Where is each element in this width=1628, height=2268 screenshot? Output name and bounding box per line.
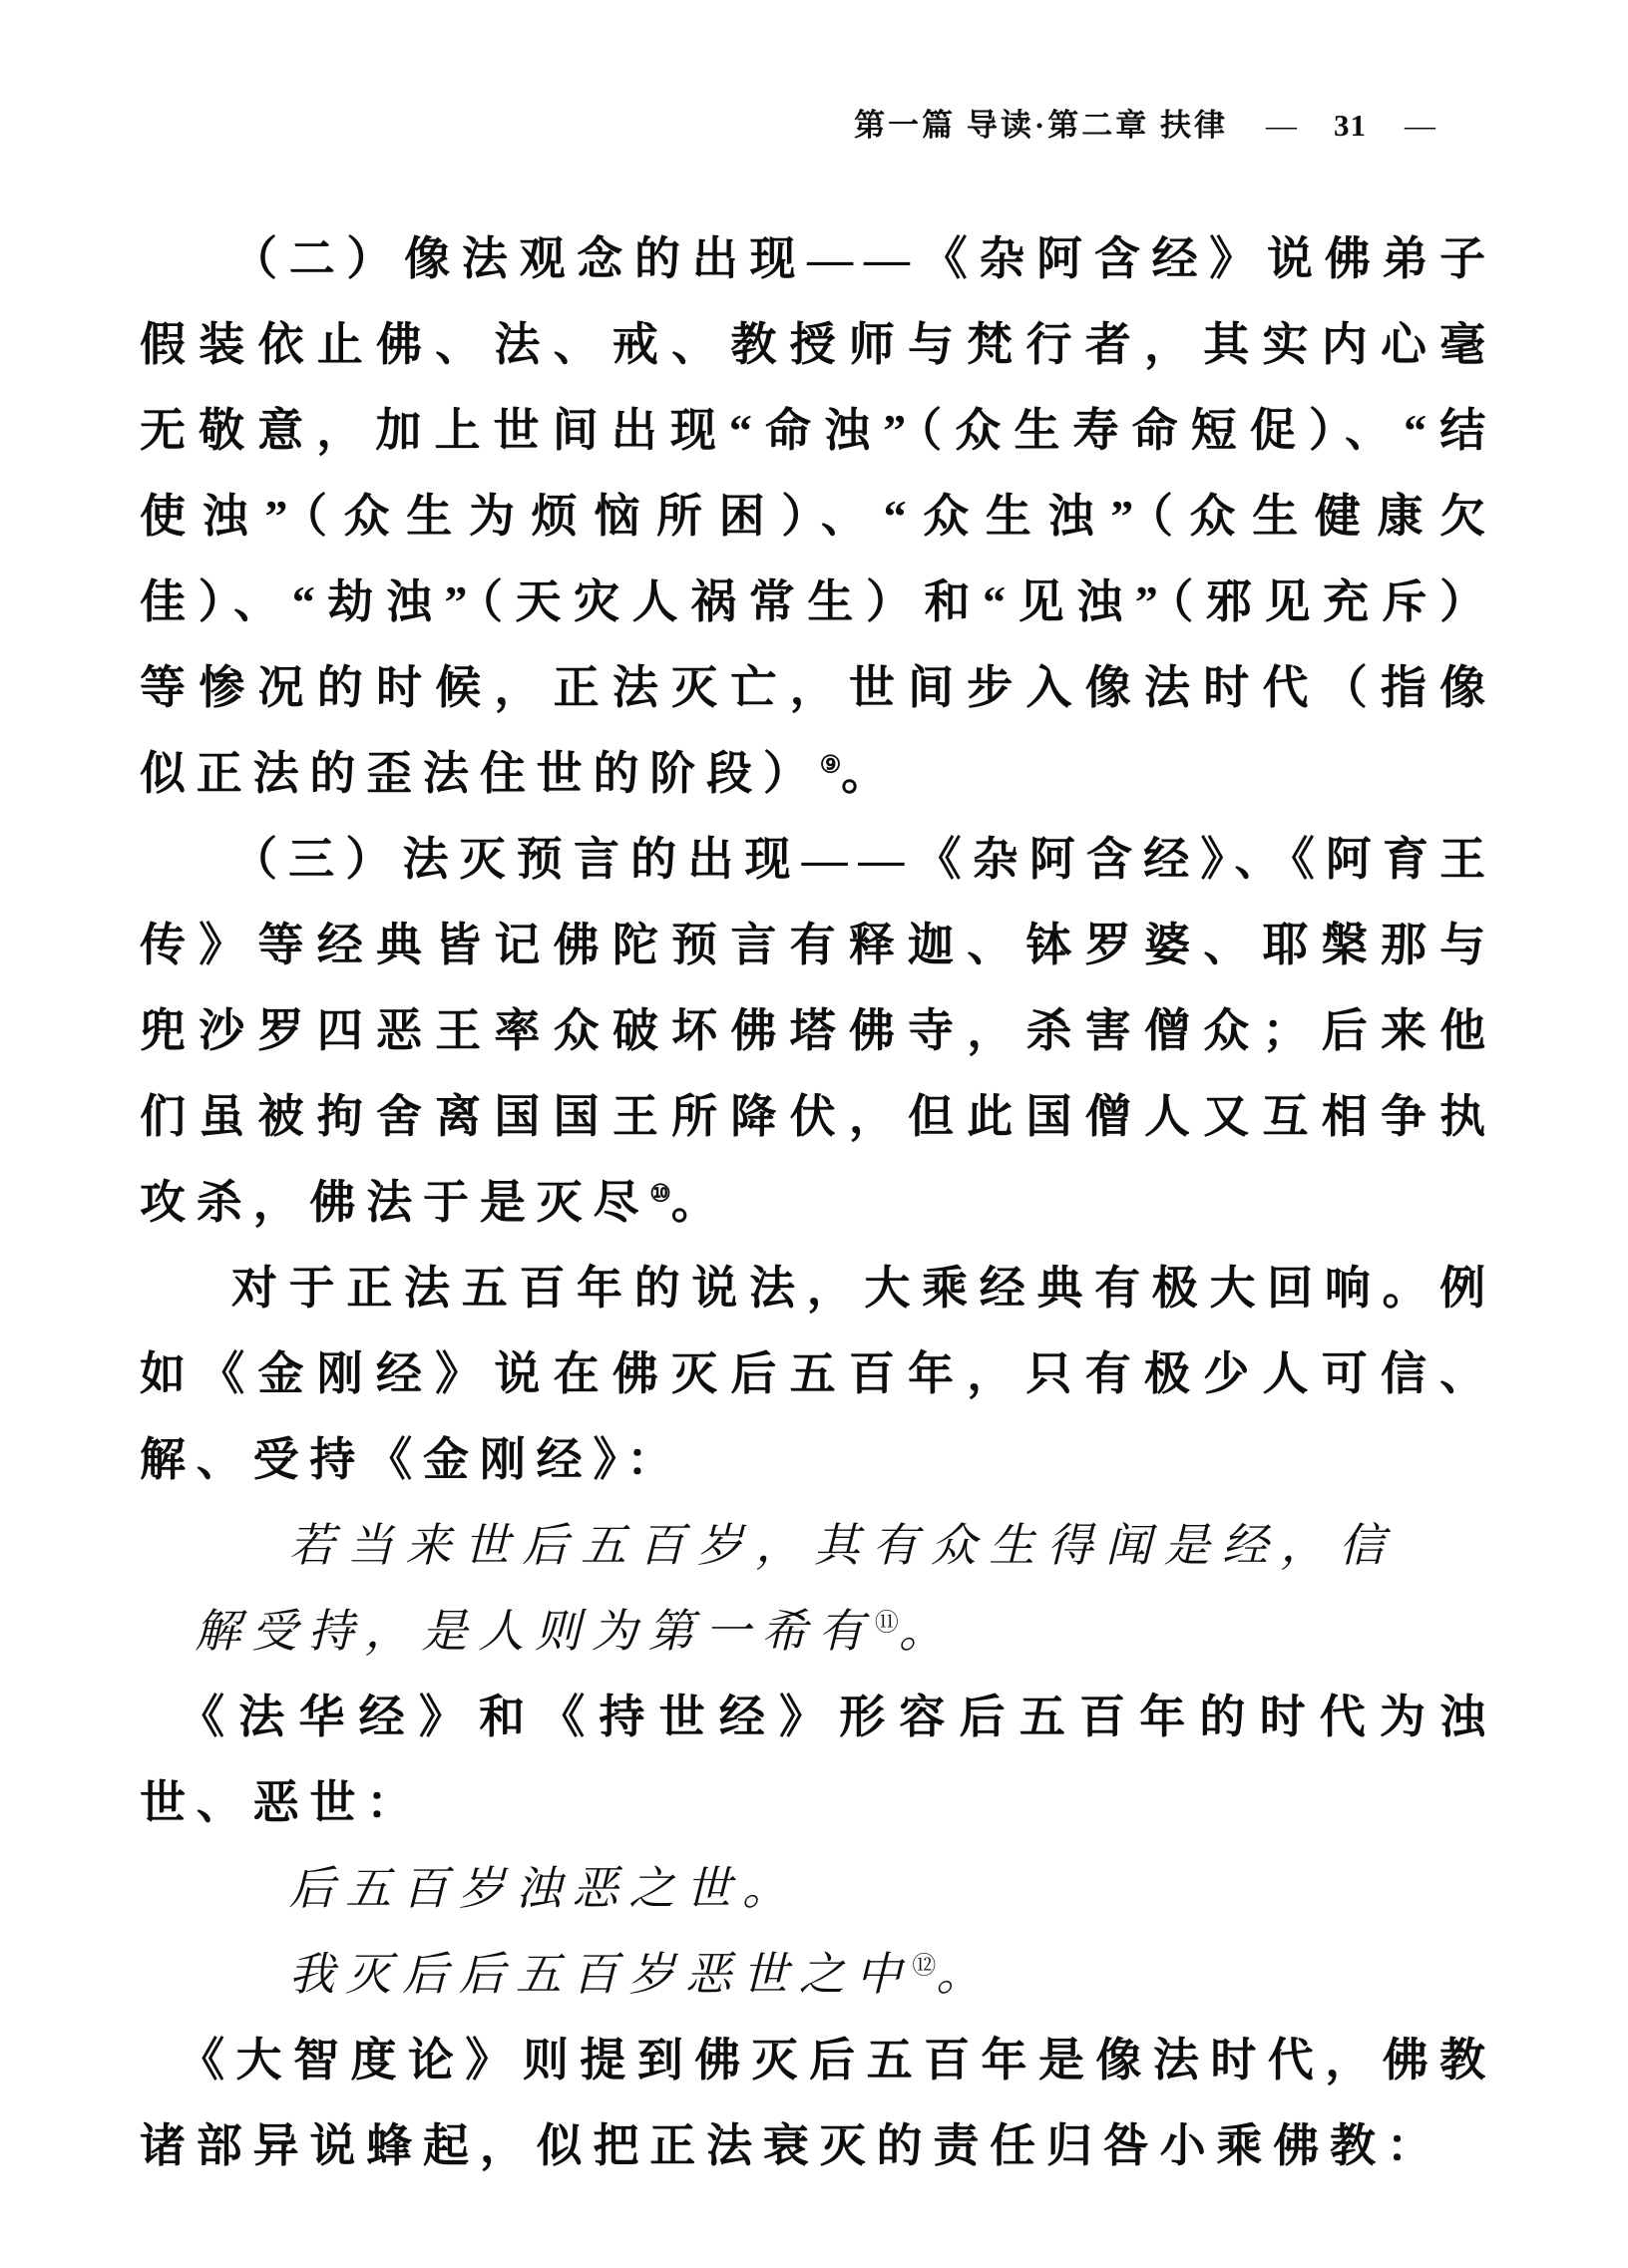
body-paragraph: （三）法灭预言的出现——《杂阿含经》、《阿育王传》等经典皆记佛陀预言有释迦、钵罗… (140, 817, 1496, 1246)
footnote-marker: ⑫ (912, 1954, 936, 1980)
page-number-dash-right: — (1405, 108, 1438, 144)
quote-paragraph: 后五百岁浊恶之世。 (195, 1846, 1396, 1932)
header-section-title: 第一篇 导读·第二章 扶律 (854, 100, 1228, 145)
body-paragraph: （二）像法观念的出现——《杂阿含经》说佛弟子假装依止佛、法、戒、教授师与梵行者，… (140, 216, 1496, 817)
body-paragraph: 《大智度论》则提到佛灭后五百年是像法时代，佛教诸部异说蜂起，似把正法衰灭的责任归… (140, 2018, 1496, 2189)
quote-paragraph: 若当来世后五百岁，其有众生得闻是经，信解受持，是人则为第一希有⑪。 (195, 1503, 1396, 1675)
page-number: 31 (1334, 108, 1367, 144)
footnote-marker: ⑨ (820, 753, 841, 779)
footnote-marker: ⑪ (875, 1611, 899, 1637)
body-paragraph: 《法华经》和《持世经》形容后五百年的时代为浊世、恶世： (140, 1675, 1496, 1846)
body-paragraph: 对于正法五百年的说法，大乘经典有极大回响。例如《金刚经》说在佛灭后五百年，只有极… (140, 1246, 1496, 1503)
text-column: （二）像法观念的出现——《杂阿含经》说佛弟子假装依止佛、法、戒、教授师与梵行者，… (140, 216, 1496, 2189)
footnote-marker: ⑩ (649, 1182, 670, 1208)
page-number-dash-left: — (1266, 108, 1300, 144)
book-page: 第一篇 导读·第二章 扶律 — 31 — （二）像法观念的出现——《杂阿含经》说… (0, 0, 1628, 2268)
running-header: 第一篇 导读·第二章 扶律 — 31 — (140, 100, 1496, 145)
quote-paragraph: 我灭后后五百岁恶世之中⑫。 (195, 1932, 1396, 2018)
page-inner: 第一篇 导读·第二章 扶律 — 31 — （二）像法观念的出现——《杂阿含经》说… (0, 0, 1628, 2189)
